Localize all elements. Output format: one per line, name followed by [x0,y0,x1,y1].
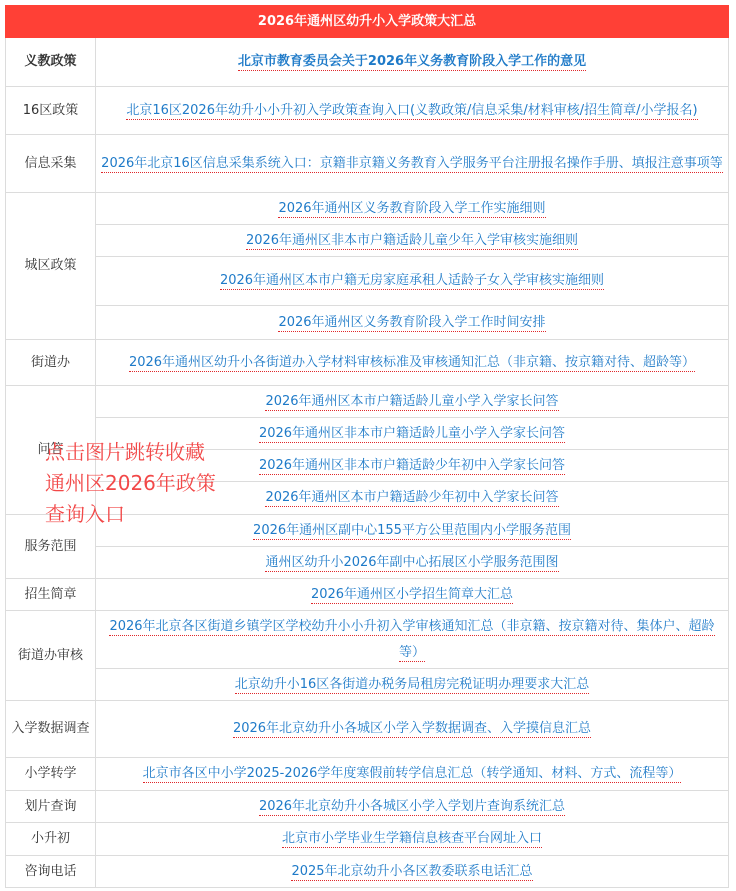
table-row: 街道办审核 2026年北京各区街道乡镇学区学校幼升小小升初入学审核通知汇总（非京… [6,611,729,669]
table-row: 街道办 2026年通州区幼升小各街道办入学材料审核标准及审核通知汇总（非京籍、按… [6,340,729,386]
table-title-row: 2026年通州区幼升小入学政策大汇总 [6,6,729,38]
policy-link[interactable]: 2026年通州区本市户籍适龄儿童小学入学家长问答 [265,394,558,411]
category-cell: 16区政策 [6,87,96,135]
overlay-line-3: 查询入口 [45,499,216,530]
category-cell: 招生简章 [6,579,96,611]
policy-link[interactable]: 2026年通州区小学招生简章大汇总 [311,587,513,604]
category-cell: 小升初 [6,823,96,856]
policy-link[interactable]: 北京市各区中小学2025-2026学年度寒假前转学信息汇总（转学通知、材料、方式… [143,766,682,783]
table-row: 划片查询 2026年北京幼升小各城区小学入学划片查询系统汇总 [6,791,729,823]
category-cell: 义教政策 [6,38,96,87]
table-row: 信息采集 2026年北京16区信息采集系统入口：京籍非京籍义务教育入学服务平台注… [6,135,729,193]
category-cell: 街道办 [6,340,96,386]
policy-link[interactable]: 2026年通州区副中心155平方公里范围内小学服务范围 [253,523,571,540]
policy-link[interactable]: 2026年通州区幼升小各街道办入学材料审核标准及审核通知汇总（非京籍、按京籍对待… [129,355,695,372]
table-row: 问答 2026年通州区本市户籍适龄儿童小学入学家长问答 [6,386,729,418]
link-cell: 2026年北京幼升小各城区小学入学数据调查、入学摸信息汇总 [96,701,729,758]
policy-link[interactable]: 2026年通州区非本市户籍适龄儿童少年入学审核实施细则 [246,233,578,250]
table-row: 北京幼升小16区各街道办税务局租房完税证明办理要求大汇总 [6,669,729,701]
table-row: 义教政策 北京市教育委员会关于2026年义务教育阶段入学工作的意见 [6,38,729,87]
link-cell: 2026年通州区幼升小各街道办入学材料审核标准及审核通知汇总（非京籍、按京籍对待… [96,340,729,386]
table-row: 小学转学 北京市各区中小学2025-2026学年度寒假前转学信息汇总（转学通知、… [6,758,729,791]
table-row: 通州区幼升小2026年副中心拓展区小学服务范围图 [6,547,729,579]
table-row: 咨询电话 2025年北京幼升小各区教委联系电话汇总 [6,856,729,888]
policy-link[interactable]: 2026年北京幼升小各城区小学入学划片查询系统汇总 [259,799,565,816]
link-cell: 2026年通州区小学招生简章大汇总 [96,579,729,611]
table-title: 2026年通州区幼升小入学政策大汇总 [6,6,729,38]
link-cell: 北京16区2026年幼升小小升初入学政策查询入口(义教政策/信息采集/材料审核/… [96,87,729,135]
overlay-line-2: 通州区2026年政策 [45,468,216,499]
link-cell: 2026年通州区义务教育阶段入学工作时间安排 [96,306,729,340]
category-cell: 城区政策 [6,193,96,340]
link-cell: 2026年通州区本市户籍适龄儿童小学入学家长问答 [96,386,729,418]
table-row: 2026年通州区义务教育阶段入学工作时间安排 [6,306,729,340]
link-cell: 2026年通州区义务教育阶段入学工作实施细则 [96,193,729,225]
category-cell: 划片查询 [6,791,96,823]
policy-link[interactable]: 2026年通州区本市户籍无房家庭承租人适龄子女入学审核实施细则 [220,273,604,290]
policy-link[interactable]: 北京幼升小16区各街道办税务局租房完税证明办理要求大汇总 [235,677,590,694]
link-cell: 2026年通州区本市户籍无房家庭承租人适龄子女入学审核实施细则 [96,257,729,306]
category-cell: 信息采集 [6,135,96,193]
link-cell: 通州区幼升小2026年副中心拓展区小学服务范围图 [96,547,729,579]
policy-link[interactable]: 2025年北京幼升小各区教委联系电话汇总 [291,864,532,881]
policy-link[interactable]: 北京市教育委员会关于2026年义务教育阶段入学工作的意见 [238,54,586,71]
policy-link[interactable]: 2026年通州区本市户籍适龄少年初中入学家长问答 [265,490,558,507]
overlay-line-1: 点击图片跳转收藏 [45,437,216,468]
category-cell: 入学数据调查 [6,701,96,758]
category-cell: 小学转学 [6,758,96,791]
category-cell: 咨询电话 [6,856,96,888]
policy-link[interactable]: 2026年北京16区信息采集系统入口：京籍非京籍义务教育入学服务平台注册报名操作… [101,156,723,173]
policy-link[interactable]: 通州区幼升小2026年副中心拓展区小学服务范围图 [265,555,558,572]
policy-link[interactable]: 2026年通州区义务教育阶段入学工作实施细则 [278,201,545,218]
table-row: 小升初 北京市小学毕业生学籍信息核查平台网址入口 [6,823,729,856]
category-cell: 街道办审核 [6,611,96,701]
link-cell: 北京市教育委员会关于2026年义务教育阶段入学工作的意见 [96,38,729,87]
table-row: 招生简章 2026年通州区小学招生简章大汇总 [6,579,729,611]
table-row: 2026年通州区本市户籍无房家庭承租人适龄子女入学审核实施细则 [6,257,729,306]
link-cell: 2026年通州区非本市户籍适龄儿童少年入学审核实施细则 [96,225,729,257]
link-cell: 2025年北京幼升小各区教委联系电话汇总 [96,856,729,888]
policy-link[interactable]: 2026年通州区非本市户籍适龄少年初中入学家长问答 [259,458,565,475]
link-cell: 北京幼升小16区各街道办税务局租房完税证明办理要求大汇总 [96,669,729,701]
policy-link[interactable]: 2026年通州区非本市户籍适龄儿童小学入学家长问答 [259,426,565,443]
policy-link[interactable]: 北京16区2026年幼升小小升初入学政策查询入口(义教政策/信息采集/材料审核/… [126,103,697,120]
link-cell: 2026年北京幼升小各城区小学入学划片查询系统汇总 [96,791,729,823]
table-row: 16区政策 北京16区2026年幼升小小升初入学政策查询入口(义教政策/信息采集… [6,87,729,135]
overlay-promo-link[interactable]: 点击图片跳转收藏 通州区2026年政策 查询入口 [45,437,216,530]
table-row: 城区政策 2026年通州区义务教育阶段入学工作实施细则 [6,193,729,225]
table-row: 2026年通州区非本市户籍适龄儿童少年入学审核实施细则 [6,225,729,257]
policy-link[interactable]: 2026年北京幼升小各城区小学入学数据调查、入学摸信息汇总 [233,721,591,738]
policy-link[interactable]: 2026年北京各区街道乡镇学区学校幼升小小升初入学审核通知汇总（非京籍、按京籍对… [109,619,714,662]
link-cell: 北京市小学毕业生学籍信息核查平台网址入口 [96,823,729,856]
link-cell: 2026年北京16区信息采集系统入口：京籍非京籍义务教育入学服务平台注册报名操作… [96,135,729,193]
table-row: 入学数据调查 2026年北京幼升小各城区小学入学数据调查、入学摸信息汇总 [6,701,729,758]
link-cell: 2026年北京各区街道乡镇学区学校幼升小小升初入学审核通知汇总（非京籍、按京籍对… [96,611,729,669]
policy-link[interactable]: 2026年通州区义务教育阶段入学工作时间安排 [278,315,545,332]
policy-link[interactable]: 北京市小学毕业生学籍信息核查平台网址入口 [282,831,542,848]
link-cell: 北京市各区中小学2025-2026学年度寒假前转学信息汇总（转学通知、材料、方式… [96,758,729,791]
